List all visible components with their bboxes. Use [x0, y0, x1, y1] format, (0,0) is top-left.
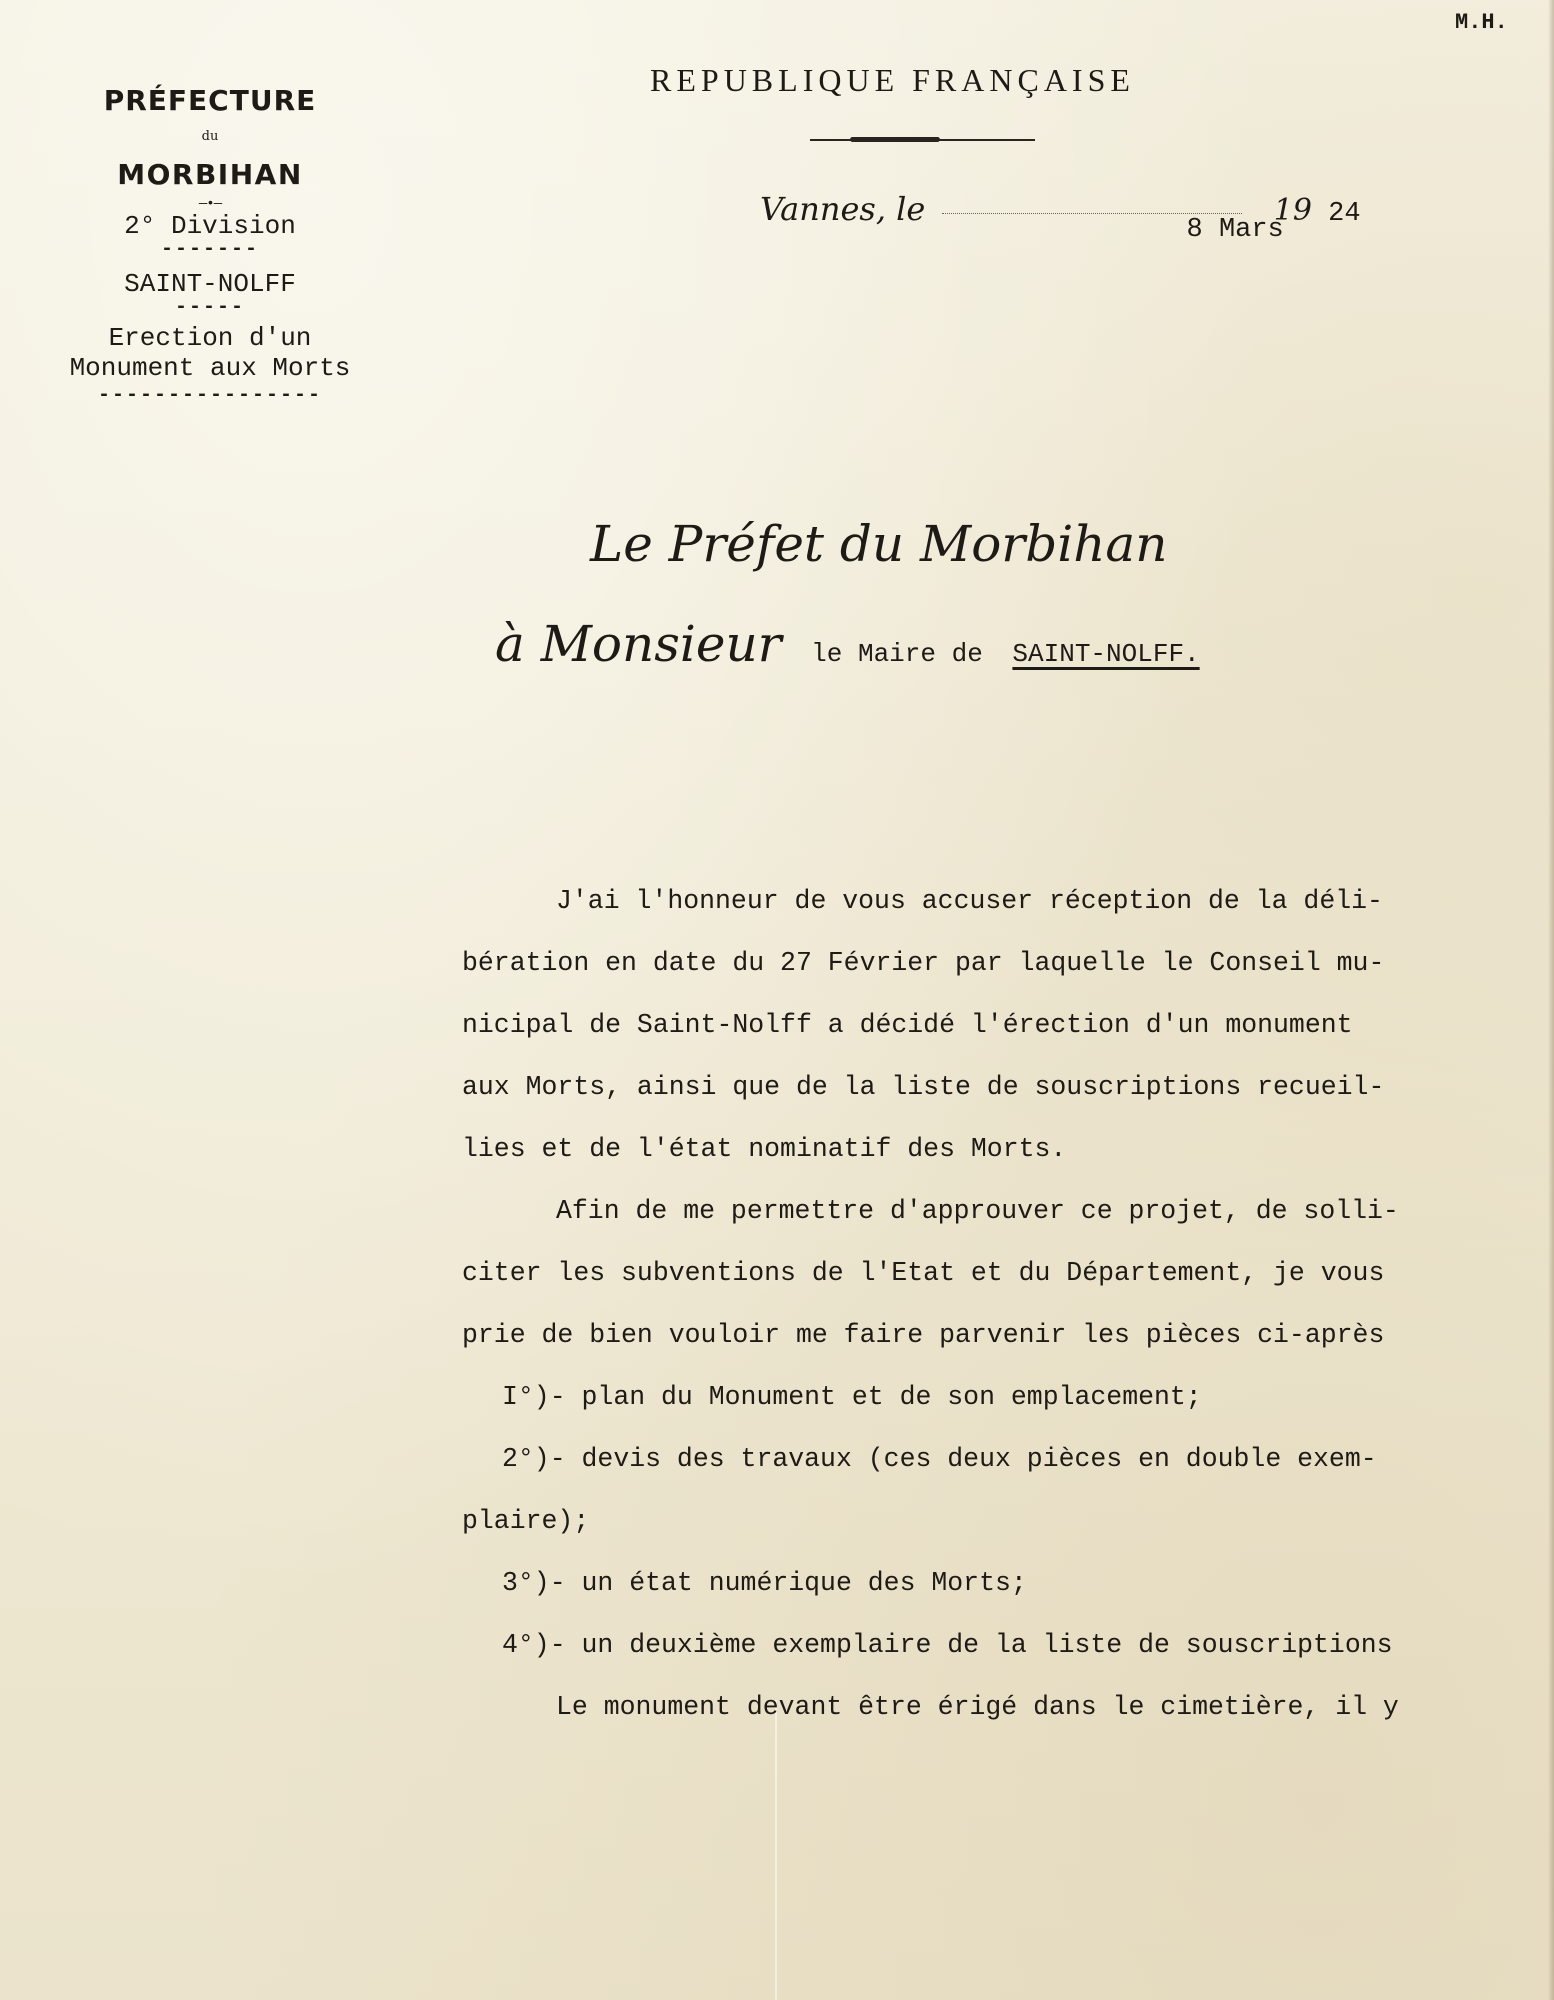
corner-mark: M.H.: [1455, 10, 1508, 35]
sender-title: Le Préfet du Morbihan: [590, 515, 1167, 573]
dash-divider: ----------------: [50, 387, 370, 405]
list-item: 4°)- un deuxième exemplaire de la liste …: [462, 1614, 1554, 1676]
body-line: citer les subventions de l'Etat et du Dé…: [462, 1242, 1554, 1304]
body-line: bération en date du 27 Février par laque…: [462, 932, 1554, 994]
body-line: aux Morts, ainsi que de la liste de sous…: [462, 1056, 1554, 1118]
paper-crease: [775, 1700, 777, 2000]
body-line: lies et de l'état nominatif des Morts.: [462, 1118, 1554, 1180]
republique-heading: REPUBLIQUE FRANÇAISE: [650, 62, 1135, 99]
date-dotted-line: 8 Mars: [942, 213, 1242, 214]
body-line: nicipal de Saint-Nolff a décidé l'érecti…: [462, 994, 1554, 1056]
date-value: 8 Mars: [1187, 215, 1284, 245]
ornamental-rule: [810, 139, 1035, 141]
letter-body: J'ai l'honneur de vous accuser réception…: [462, 870, 1554, 1738]
body-line: plaire);: [462, 1490, 1554, 1552]
du-label: du: [50, 129, 370, 144]
list-item: 2°)- devis des travaux (ces deux pièces …: [462, 1428, 1554, 1490]
letter-page: PRÉFECTURE du MORBIHAN —•— 2° Division -…: [0, 0, 1554, 2000]
recipient-title: le Maire de: [811, 639, 983, 669]
year-suffix: 24: [1328, 199, 1360, 229]
commune-label: SAINT-NOLFF: [50, 269, 370, 299]
list-item: I°)- plan du Monument et de son emplacem…: [462, 1366, 1554, 1428]
department-label: MORBIHAN: [50, 158, 370, 191]
date-place: Vannes, le: [760, 190, 925, 228]
subject-line-1: Erection d'un: [50, 323, 370, 353]
body-line: Afin de me permettre d'approuver ce proj…: [462, 1180, 1554, 1242]
dash-divider: -------: [50, 241, 370, 259]
list-item: 3°)- un état numérique des Morts;: [462, 1552, 1554, 1614]
subject-line-2: Monument aux Morts: [50, 353, 370, 383]
prefecture-label: PRÉFECTURE: [50, 84, 370, 117]
body-line: J'ai l'honneur de vous accuser réception…: [462, 870, 1554, 932]
recipient-commune: SAINT-NOLFF.: [1012, 639, 1199, 669]
dash-divider: -----: [50, 299, 370, 317]
division-label: 2° Division: [50, 211, 370, 241]
ornament-divider: —•—: [50, 197, 370, 211]
recipient-line: à Monsieur le Maire de SAINT-NOLFF.: [495, 615, 1200, 673]
recipient-salutation: à Monsieur: [495, 615, 782, 673]
prefecture-letterhead: PRÉFECTURE du MORBIHAN —•— 2° Division -…: [50, 80, 370, 405]
body-line: prie de bien vouloir me faire parvenir l…: [462, 1304, 1554, 1366]
body-line: Le monument devant être érigé dans le ci…: [462, 1676, 1554, 1738]
date-line: Vannes, le 8 Mars 19 24: [760, 190, 1361, 229]
